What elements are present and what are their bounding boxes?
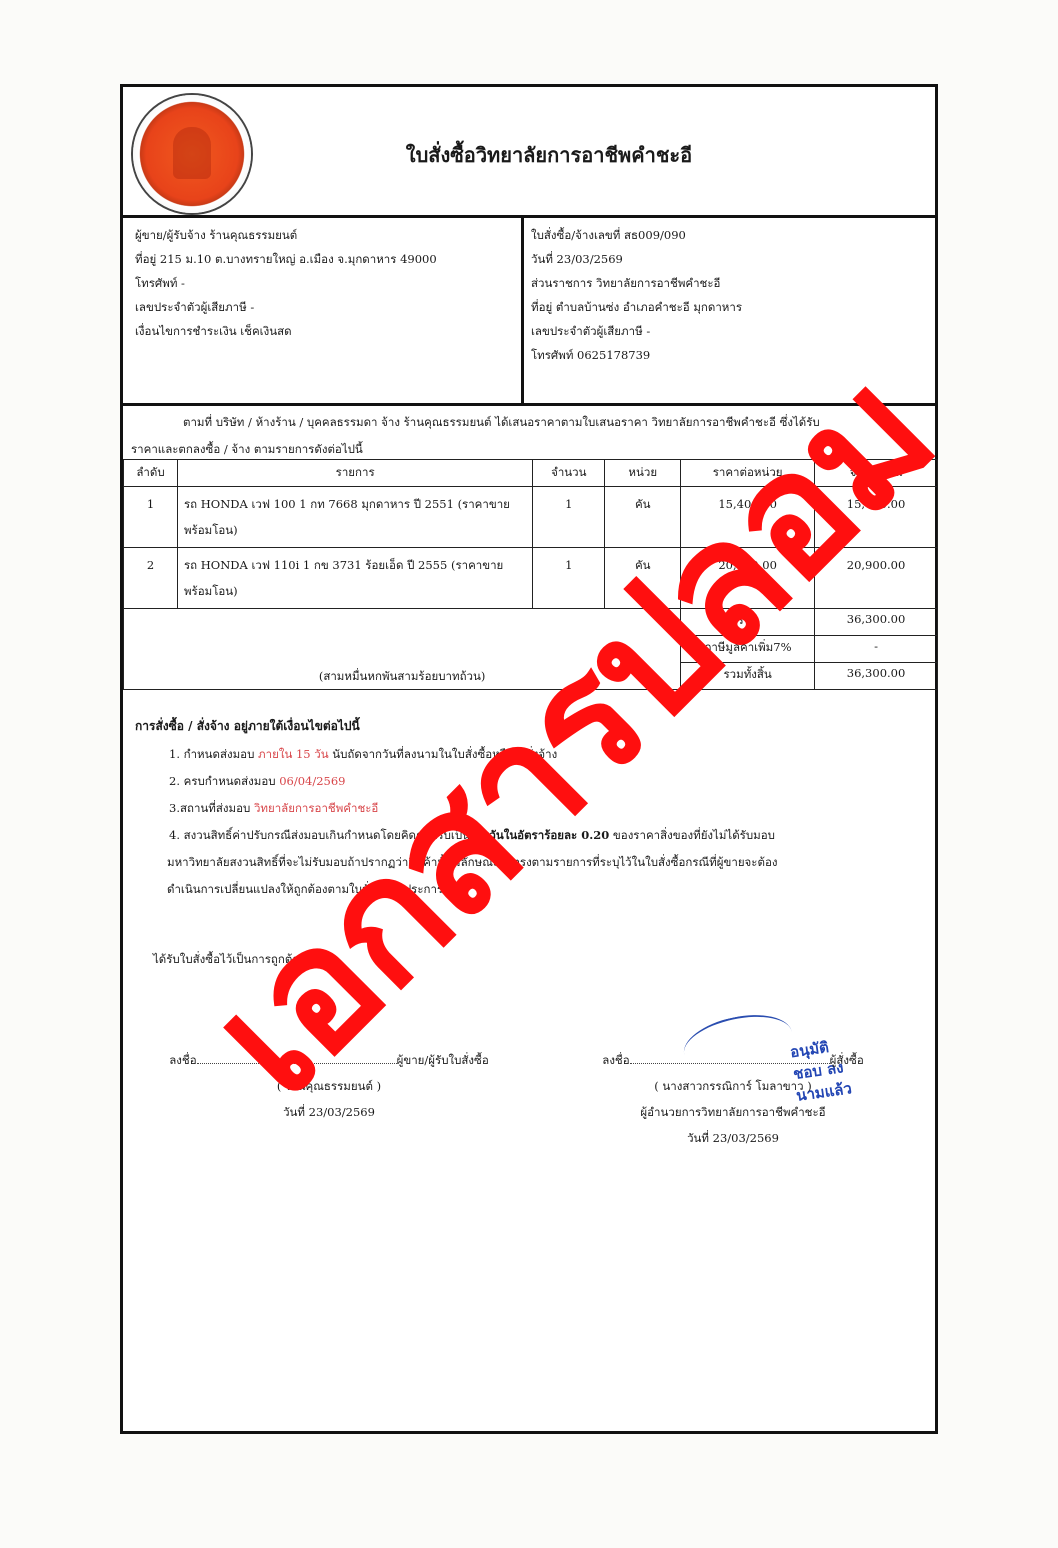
- row-amount: 20,900.00: [815, 548, 938, 609]
- vendor-address: ที่อยู่ 215 ม.10 ต.บางทรายใหญ่ อ.เมือง จ…: [135, 247, 525, 271]
- acknowledgement: ได้รับใบสั่งซื้อไว้เป็นการถูกต้องแล้ว: [153, 951, 326, 969]
- document-title: ใบสั่งซื้อวิทยาลัยการอาชีพคำชะอี: [123, 139, 935, 171]
- row-qty: 1: [533, 548, 605, 609]
- order-date: วันที่ 23/03/2569: [531, 247, 931, 271]
- row-unit: คัน: [605, 548, 681, 609]
- row-no: 1: [124, 487, 178, 548]
- row-no: 2: [124, 548, 178, 609]
- row-desc: รถ HONDA เวฟ 100 1 กท 7668 มุกดาหาร ปี 2…: [177, 487, 532, 548]
- col-header-amount: จำนวนเงิน: [815, 460, 938, 487]
- vendor-phone: โทรศัพท์ -: [135, 271, 525, 295]
- buyer-tax-id: เลขประจำตัวผู้เสียภาษี -: [531, 319, 931, 343]
- condition-1-highlight: ภายใน 15 วัน: [258, 747, 329, 761]
- total-label: รวมทั้งสิ้น: [681, 663, 815, 690]
- info-divider: [521, 215, 524, 403]
- purchase-order-document: ใบสั่งซื้อวิทยาลัยการอาชีพคำชะอี ผู้ขาย/…: [120, 84, 938, 1434]
- vendor-signer-name: ( ร้านคุณธรรมยนต์ ): [139, 1073, 519, 1099]
- row-unit: คัน: [605, 487, 681, 548]
- buyer-address: ที่อยู่ ตำบลบ้านซ่ง อำเภอคำชะอี มุกดาหาร: [531, 295, 931, 319]
- condition-1: 1. กำหนดส่งมอบ ภายใน 15 วัน นับถัดจากวัน…: [169, 741, 915, 768]
- vendor-signature-block: ลงชื่อผู้ขาย/ผู้รับใบสั่งซื้อ ( ร้านคุณธ…: [139, 1047, 519, 1125]
- row-unit-price: 20,900.00: [681, 548, 815, 609]
- condition-4-label: 4. สงวนสิทธิ์ค่าปรับกรณีส่งมอบเกินกำหนดโ…: [169, 828, 470, 842]
- vendor-signature-line: ลงชื่อผู้ขาย/ผู้รับใบสั่งซื้อ: [139, 1047, 519, 1073]
- row-qty: 1: [533, 487, 605, 548]
- vendor-role: ผู้ขาย/ผู้รับใบสั่งซื้อ: [397, 1053, 489, 1067]
- conditions-list: 1. กำหนดส่งมอบ ภายใน 15 วัน นับถัดจากวัน…: [169, 741, 915, 903]
- condition-1-text: นับถัดจากวันที่ลงนามในใบสั่งซื้อหรือใบสั…: [332, 747, 557, 761]
- col-header-qty: จำนวน: [533, 460, 605, 487]
- document-header: ใบสั่งซื้อวิทยาลัยการอาชีพคำชะอี: [123, 87, 935, 218]
- total-value: 36,300.00: [815, 663, 938, 690]
- condition-4-bold: รายวันในอัตราร้อยละ 0.20: [470, 828, 609, 842]
- conditions-title: การสั่งซื้อ / สั่งจ้าง อยู่ภายใต้เงื่อนไ…: [135, 717, 360, 736]
- condition-4-line-2: มหาวิทยาลัยสงวนสิทธิ์ที่จะไม่รับมอบถ้าปร…: [167, 849, 915, 876]
- agency: ส่วนราชการ วิทยาลัยการอาชีพคำชะอี: [531, 271, 931, 295]
- amount-in-words: (สามหมื่นหกพันสามร้อยบาทถ้วน): [124, 609, 681, 690]
- condition-4-text: ของราคาสิ่งของที่ยังไม่ได้รับมอบ: [613, 828, 775, 842]
- condition-2: 2. ครบกำหนดส่งมอบ 06/04/2569: [169, 768, 915, 795]
- intro-text: ตามที่ บริษัท / ห้างร้าน / บุคคลธรรมดา จ…: [131, 409, 927, 463]
- buyer-signer-name: ( นางสาวกรรณิการ์ โมลาขาว ): [543, 1073, 923, 1099]
- buyer-phone: โทรศัพท์ 0625178739: [531, 343, 931, 367]
- col-header-desc: รายการ: [177, 460, 532, 487]
- subtotal-value: 36,300.00: [815, 609, 938, 636]
- subtotal-label: รวม: [681, 609, 815, 636]
- buyer-role: ผู้สั่งซื้อ: [830, 1053, 864, 1067]
- col-header-no: ลำดับ: [124, 460, 178, 487]
- col-header-unit: หน่วย: [605, 460, 681, 487]
- intro-line-1: ตามที่ บริษัท / ห้างร้าน / บุคคลธรรมดา จ…: [131, 409, 927, 436]
- table-header-row: ลำดับ รายการ จำนวน หน่วย ราคาต่อหน่วย จำ…: [124, 460, 938, 487]
- signature-dots: [197, 1053, 397, 1064]
- buyer-signature-line: ลงชื่อผู้สั่งซื้อ: [543, 1047, 923, 1073]
- row-desc: รถ HONDA เวฟ 110i 1 กข 3731 ร้อยเอ็ด ปี …: [177, 548, 532, 609]
- condition-3-label: 3.สถานที่ส่งมอบ: [169, 801, 250, 815]
- col-header-unit-price: ราคาต่อหน่วย: [681, 460, 815, 487]
- vendor-info: ผู้ขาย/ผู้รับจ้าง ร้านคุณธรรมยนต์ ที่อยู…: [135, 223, 525, 343]
- condition-3: 3.สถานที่ส่งมอบ วิทยาลัยการอาชีพคำชะอี: [169, 795, 915, 822]
- signature-dots: [630, 1053, 830, 1064]
- condition-2-highlight: 06/04/2569: [279, 774, 345, 788]
- payment-terms: เงื่อนไขการชำระเงิน เช็คเงินสด: [135, 319, 525, 343]
- order-number: ใบสั่งซื้อ/จ้างเลขที่ สธ009/090: [531, 223, 931, 247]
- vendor-sign-date: วันที่ 23/03/2569: [139, 1099, 519, 1125]
- items-table: ลำดับ รายการ จำนวน หน่วย ราคาต่อหน่วย จำ…: [123, 459, 938, 690]
- buyer-signature-block: ลงชื่อผู้สั่งซื้อ ( นางสาวกรรณิการ์ โมลา…: [543, 1047, 923, 1151]
- condition-4-line-3: ดำเนินการเปลี่ยนแปลงให้ถูกต้องตามใบสั่งซ…: [167, 876, 915, 903]
- sign-prefix: ลงชื่อ: [169, 1053, 196, 1067]
- vat-label: ภาษีมูลค่าเพิ่ม7%: [681, 636, 815, 663]
- buyer-info: ใบสั่งซื้อ/จ้างเลขที่ สธ009/090 วันที่ 2…: [531, 223, 931, 367]
- condition-3-highlight: วิทยาลัยการอาชีพคำชะอี: [254, 801, 378, 815]
- buyer-signer-position: ผู้อำนวยการวิทยาลัยการอาชีพคำชะอี: [543, 1099, 923, 1125]
- table-row: 2 รถ HONDA เวฟ 110i 1 กข 3731 ร้อยเอ็ด ป…: [124, 548, 938, 609]
- condition-1-label: 1. กำหนดส่งมอบ: [169, 747, 254, 761]
- table-row: 1 รถ HONDA เวฟ 100 1 กท 7668 มุกดาหาร ปี…: [124, 487, 938, 548]
- vat-value: -: [815, 636, 938, 663]
- sign-prefix: ลงชื่อ: [602, 1053, 629, 1067]
- vendor-tax-id: เลขประจำตัวผู้เสียภาษี -: [135, 295, 525, 319]
- condition-4: 4. สงวนสิทธิ์ค่าปรับกรณีส่งมอบเกินกำหนดโ…: [169, 822, 915, 849]
- party-info: ผู้ขาย/ผู้รับจ้าง ร้านคุณธรรมยนต์ ที่อยู…: [123, 215, 935, 406]
- vendor-name: ผู้ขาย/ผู้รับจ้าง ร้านคุณธรรมยนต์: [135, 223, 525, 247]
- row-unit-price: 15,400.00: [681, 487, 815, 548]
- buyer-sign-date: วันที่ 23/03/2569: [543, 1125, 923, 1151]
- subtotal-row: (สามหมื่นหกพันสามร้อยบาทถ้วน) รวม 36,300…: [124, 609, 938, 636]
- row-amount: 15,400.00: [815, 487, 938, 548]
- condition-2-label: 2. ครบกำหนดส่งมอบ: [169, 774, 276, 788]
